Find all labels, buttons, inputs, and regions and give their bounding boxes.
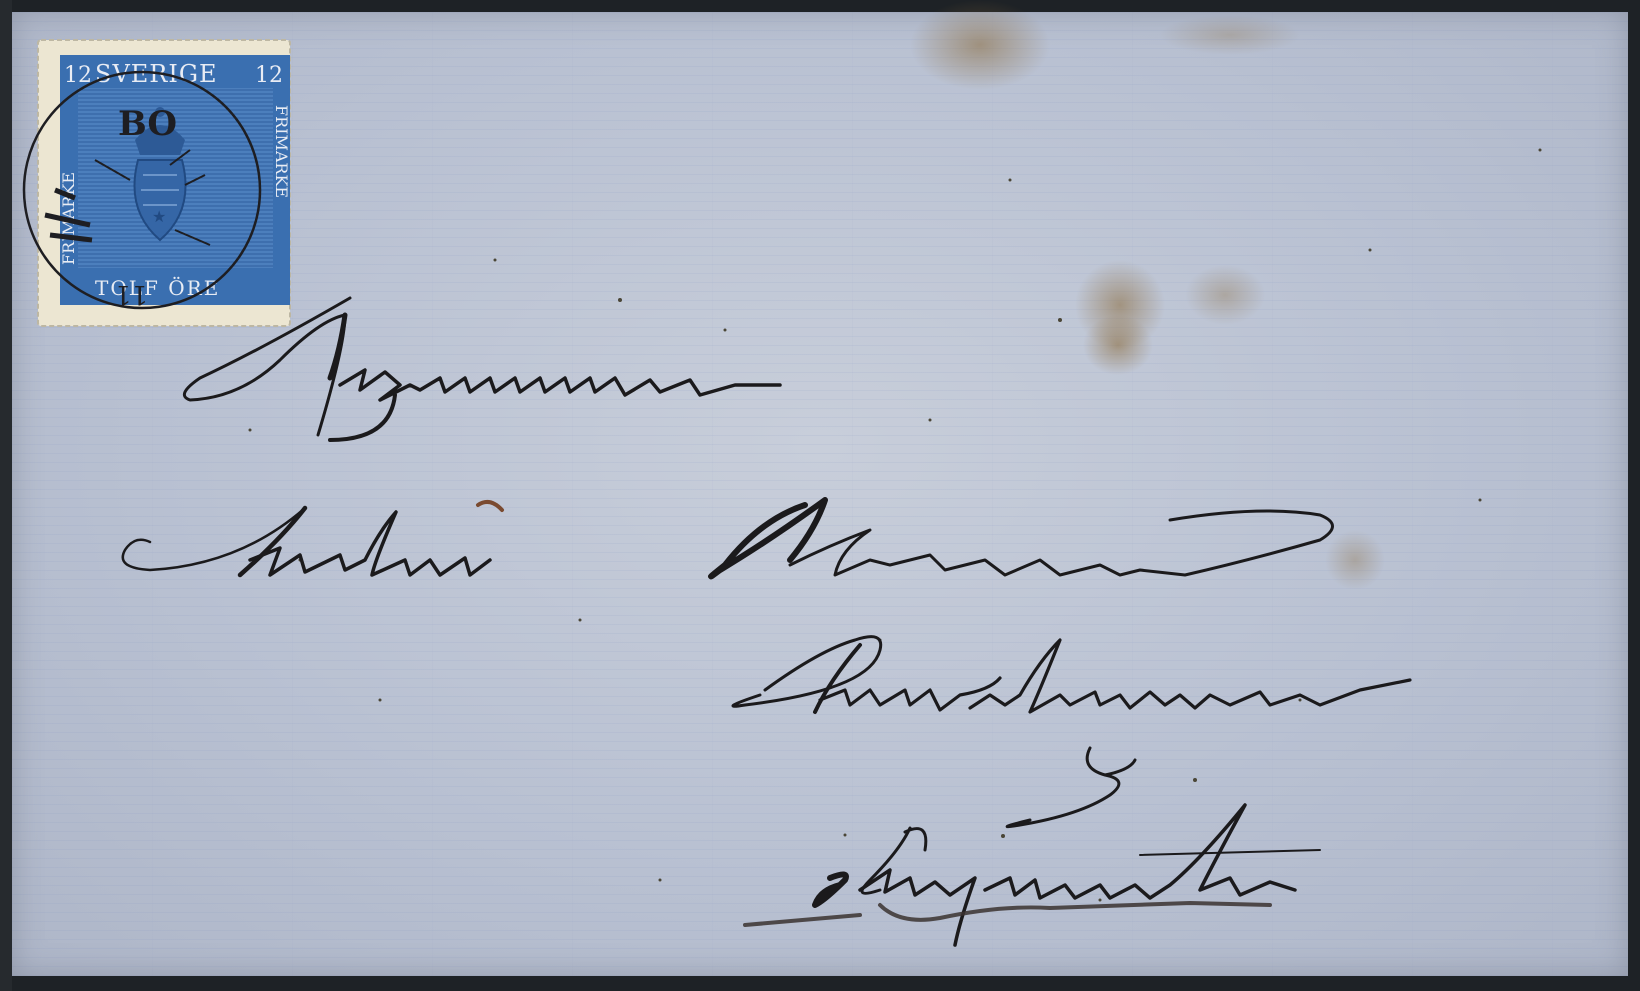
address-line-1-text: Borgmannen (200, 379, 207, 381)
cover-artwork: 12 SVERIGE 12 FRIMARKE FRIMARKE TOLF ÖRE… (0, 0, 1640, 991)
address-text: Borgmannen Anders Olsson Rabentshamn & S… (150, 379, 1081, 891)
address-line-3 (733, 637, 1410, 712)
handwritten-address (123, 298, 1410, 945)
stamp-denomination: TOLF ÖRE (95, 275, 220, 300)
stamp-value-top-right: 12 (255, 63, 283, 88)
address-line-2 (123, 500, 1333, 576)
dust-specks (249, 149, 1542, 902)
svg-text:★: ★ (152, 207, 166, 226)
paper-stains (910, 0, 1385, 590)
cover-photo: 12 SVERIGE 12 FRIMARKE FRIMARKE TOLF ÖRE… (0, 0, 1640, 991)
address-line-4-text: & (1080, 779, 1081, 781)
address-line-5 (815, 805, 1320, 945)
address-line-4 (1007, 748, 1135, 827)
postage-stamp: 12 SVERIGE 12 FRIMARKE FRIMARKE TOLF ÖRE… (38, 40, 291, 326)
stamp-side-right: FRIMARKE (272, 105, 291, 198)
postmark-town: BO (118, 104, 177, 144)
address-underline (745, 903, 1270, 925)
address-line-2-text: Anders Olsson (150, 559, 158, 561)
postmark-date: 11 (115, 279, 148, 309)
address-line-5-text: Säguste (820, 888, 824, 891)
